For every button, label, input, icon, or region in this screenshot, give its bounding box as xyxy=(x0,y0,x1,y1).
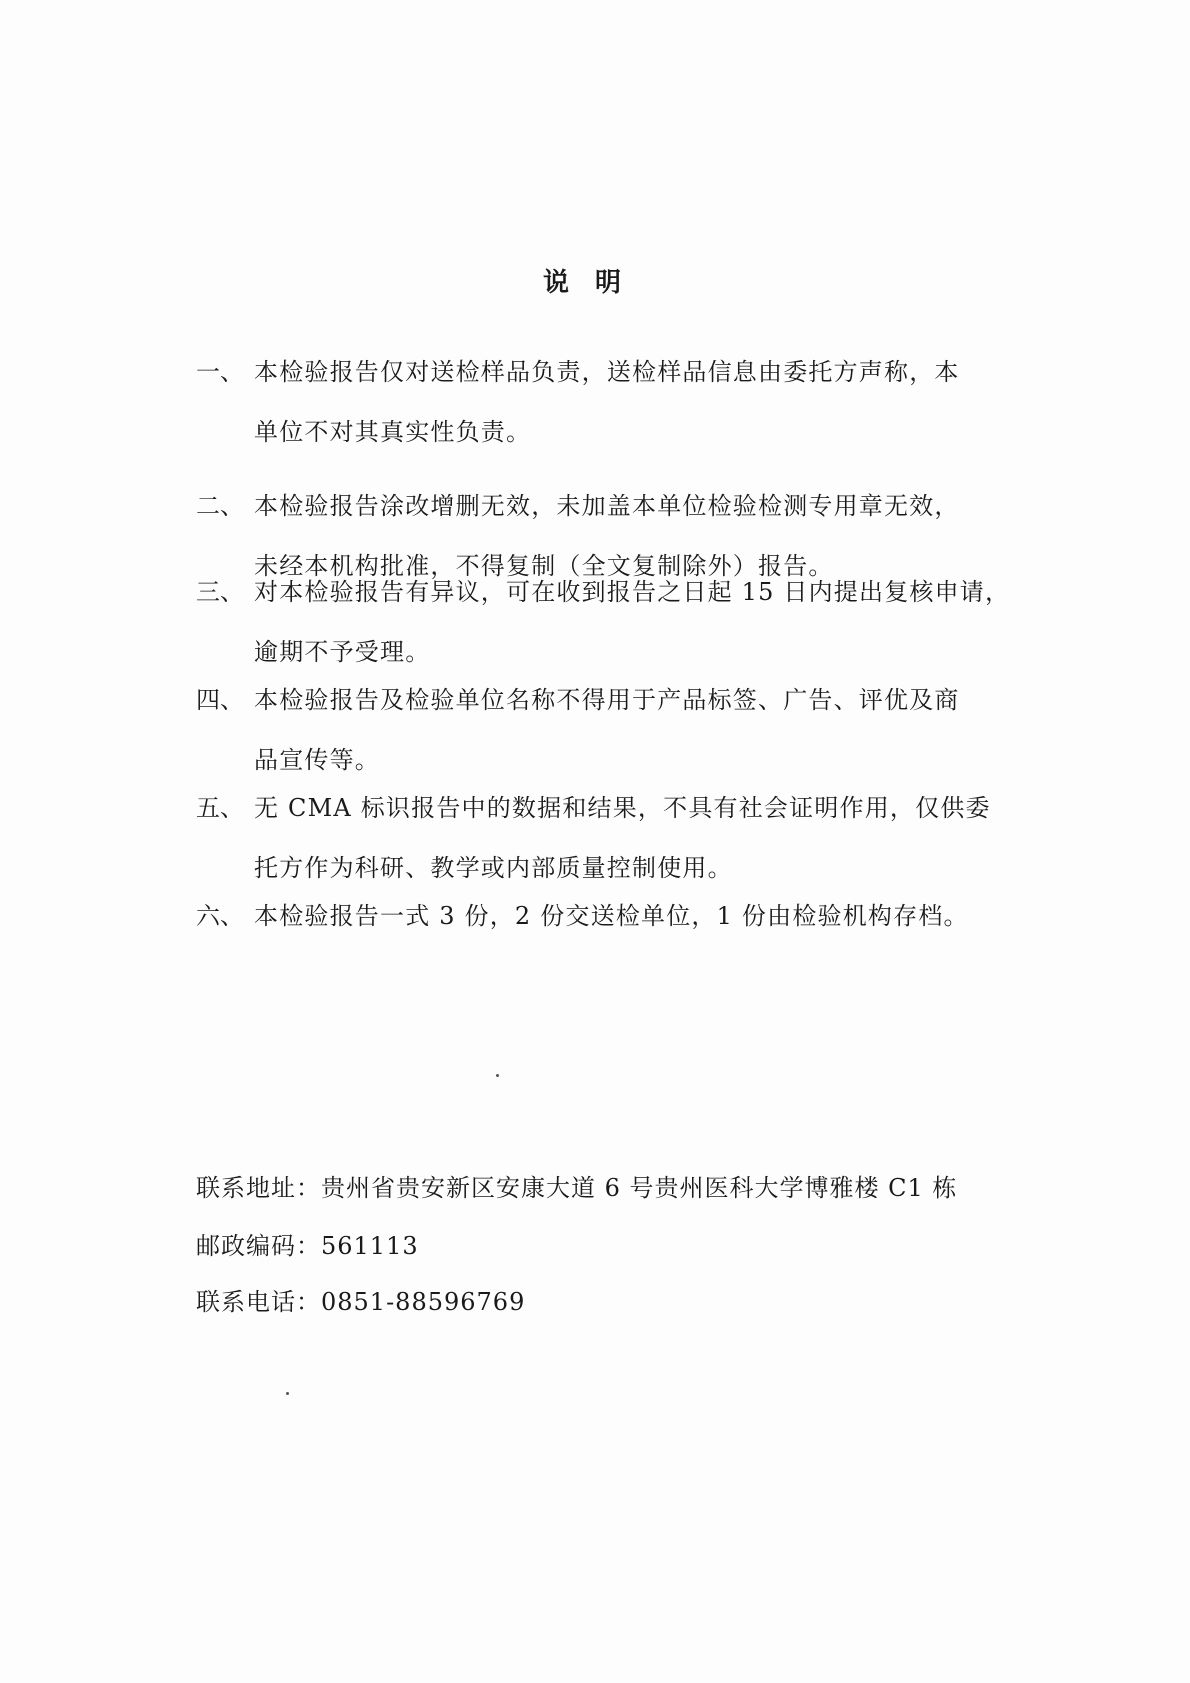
item-number: 六、 xyxy=(196,904,256,928)
item-text-line1: 无 CMA 标识报告中的数据和结果，不具有社会证明作用，仅供委 xyxy=(254,796,991,820)
item-text-line1: 本检验报告及检验单位名称不得用于产品标签、广告、评优及商 xyxy=(254,688,960,712)
item-text-line2: 托方作为科研、教学或内部质量控制使用。 xyxy=(254,856,733,880)
item-number: 三、 xyxy=(196,580,256,604)
page-title: 说明 xyxy=(0,262,1190,299)
scan-speck xyxy=(286,1392,289,1395)
item-text-line1: 对本检验报告有异议，可在收到报告之日起 15 日内提出复核申请， xyxy=(254,580,1010,604)
contact-phone: 联系电话：0851-88596769 xyxy=(196,1290,525,1314)
item-number: 一、 xyxy=(196,360,256,384)
item-number: 四、 xyxy=(196,688,256,712)
item-text-line2: 逾期不予受理。 xyxy=(254,640,430,664)
contact-address: 联系地址：贵州省贵安新区安康大道 6 号贵州医科大学博雅楼 C1 栋 xyxy=(196,1176,957,1200)
scan-speck xyxy=(496,1074,499,1077)
item-text-line2: 品宣传等。 xyxy=(254,748,380,772)
contact-postcode: 邮政编码：561113 xyxy=(196,1234,419,1258)
item-text-line1: 本检验报告涂改增删无效，未加盖本单位检验检测专用章无效， xyxy=(254,494,960,518)
item-text-line2: 未经本机构批准，不得复制（全文复制除外）报告。 xyxy=(254,554,834,578)
item-text-line1: 本检验报告一式 3 份，2 份交送检单位，1 份由检验机构存档。 xyxy=(254,904,969,928)
item-text-line1: 本检验报告仅对送检样品负责，送检样品信息由委托方声称，本 xyxy=(254,360,960,384)
item-number: 五、 xyxy=(196,796,256,820)
document-page: 说明 一、 本检验报告仅对送检样品负责，送检样品信息由委托方声称，本 单位不对其… xyxy=(0,0,1190,1683)
item-number: 二、 xyxy=(196,494,256,518)
item-text-line2: 单位不对其真实性负责。 xyxy=(254,420,531,444)
